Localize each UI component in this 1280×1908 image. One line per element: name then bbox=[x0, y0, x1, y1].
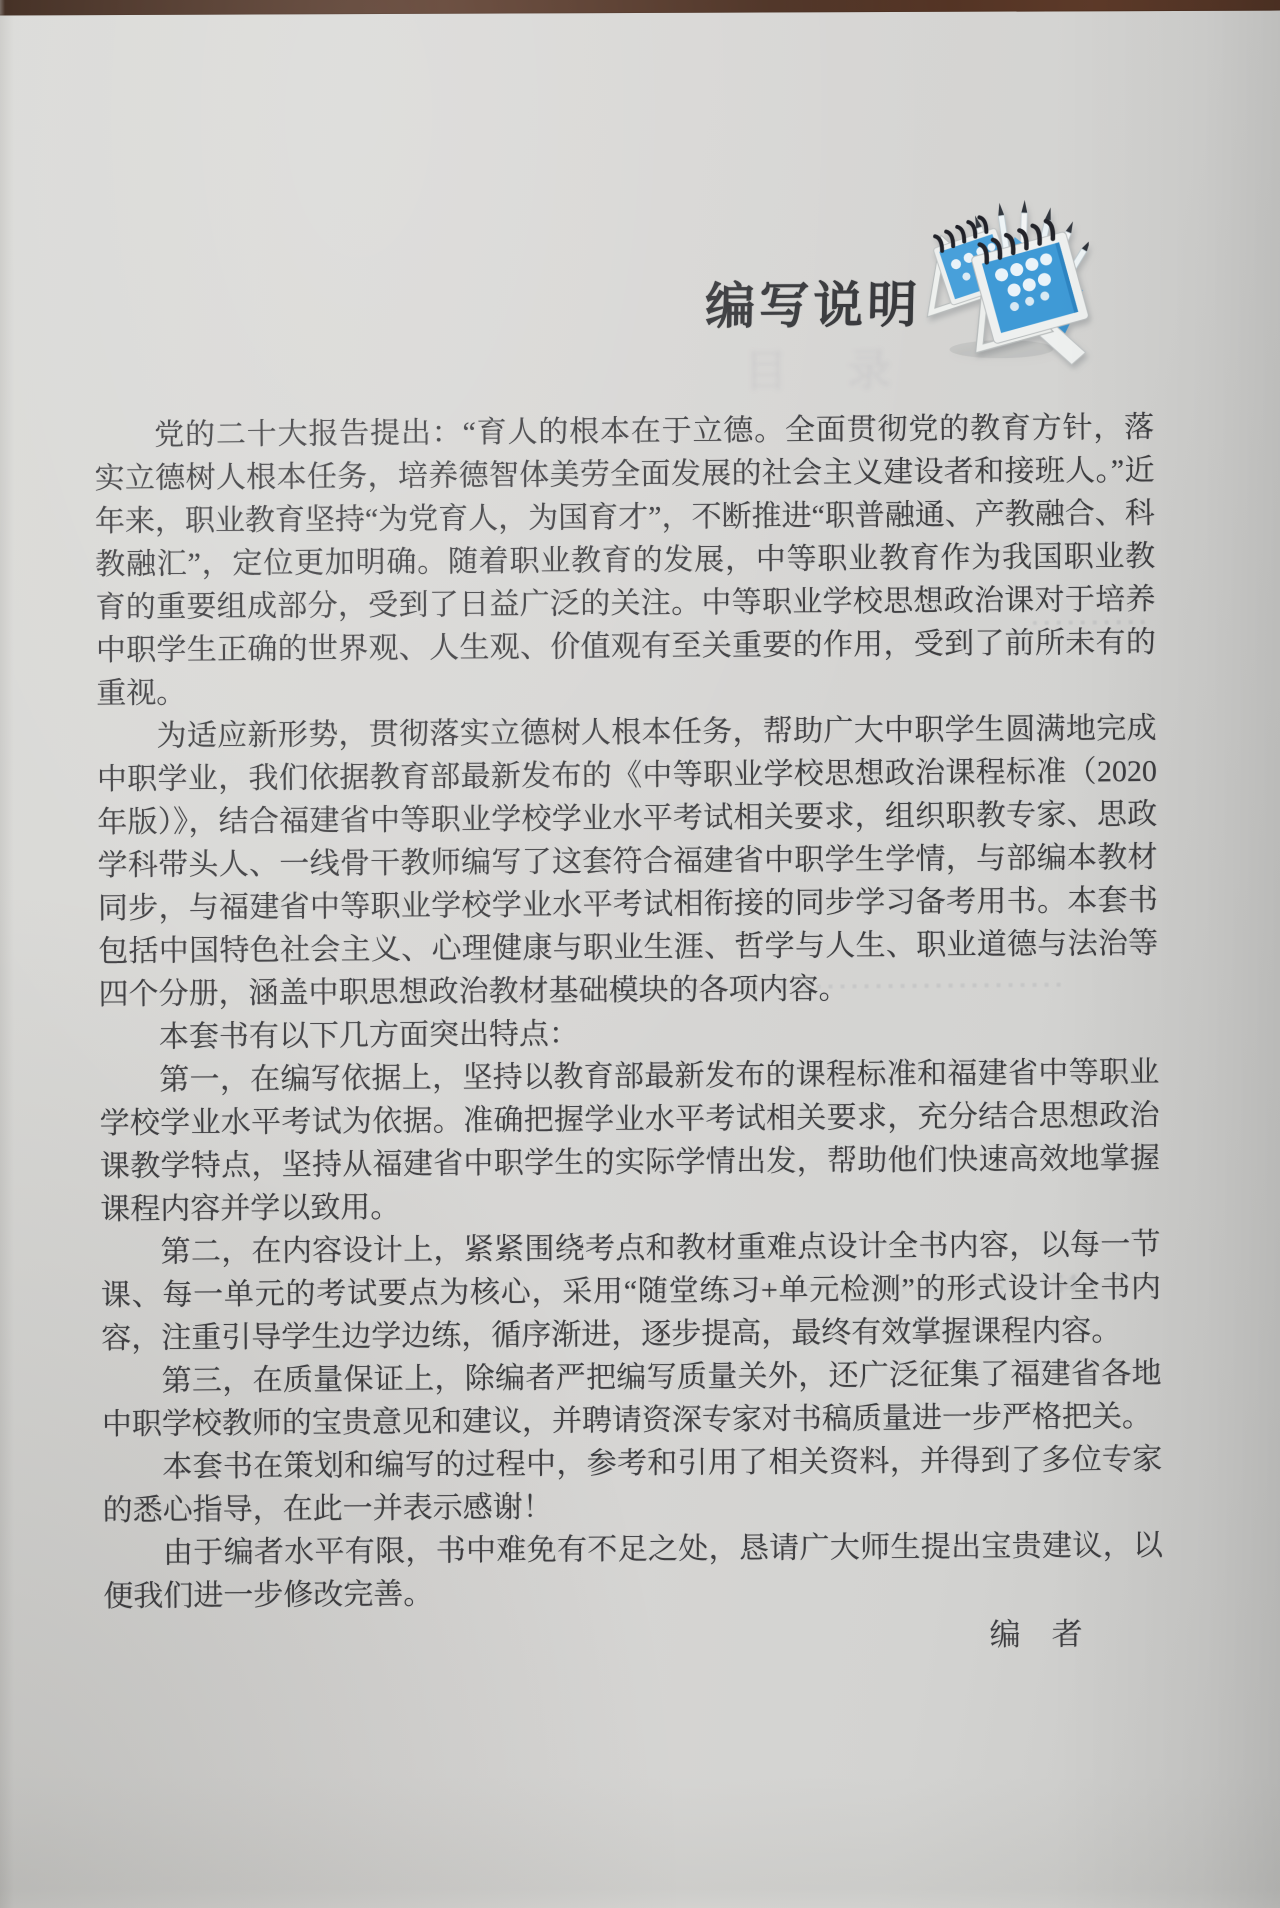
paragraph-4: 第一，在编写依据上，坚持以教育部最新发布的课程标准和福建省中等职业学校学业水平考… bbox=[99, 1051, 1160, 1231]
paragraph-7: 本套书在策划和编写的过程中，参考和引用了相关资料，并得到了多位专家的悉心指导，在… bbox=[102, 1438, 1163, 1532]
bleed-through-toc-title: 目 录 bbox=[743, 334, 913, 399]
paragraph-6: 第三，在质量保证上，除编者严把编写质量关外，还广泛征集了福建省各地中职学校教师的… bbox=[101, 1352, 1162, 1446]
preface-body: 党的二十大报告提出：“育人的根本在于立德。全面贯彻党的教育方针，落实立德树人根本… bbox=[94, 406, 1163, 1618]
page-title: 编写说明 bbox=[705, 279, 922, 331]
page-content: 目 录 54 编写说明 bbox=[0, 0, 1280, 1908]
paragraph-2: 为适应新形势，贯彻落实立德树人根本任务，帮助广大中职学生圆满地完成中职学业，我们… bbox=[96, 707, 1158, 1016]
paragraph-8: 由于编者水平有限，书中难免有不足之处，恳请广大师生提出宝贵建议，以便我们进一步修… bbox=[103, 1524, 1164, 1618]
paragraph-5: 第二，在内容设计上，紧紧围绕考点和教材重难点设计全书内容，以每一节课、每一单元的… bbox=[100, 1223, 1161, 1360]
desk-calendar-icon bbox=[896, 194, 1089, 368]
paragraph-1: 党的二十大报告提出：“育人的根本在于立德。全面贯彻党的教育方针，落实立德树人根本… bbox=[94, 406, 1156, 715]
book-page-photo: 目 录 54 编写说明 bbox=[0, 0, 1280, 1908]
author-signature: 编 者 bbox=[989, 1609, 1082, 1655]
